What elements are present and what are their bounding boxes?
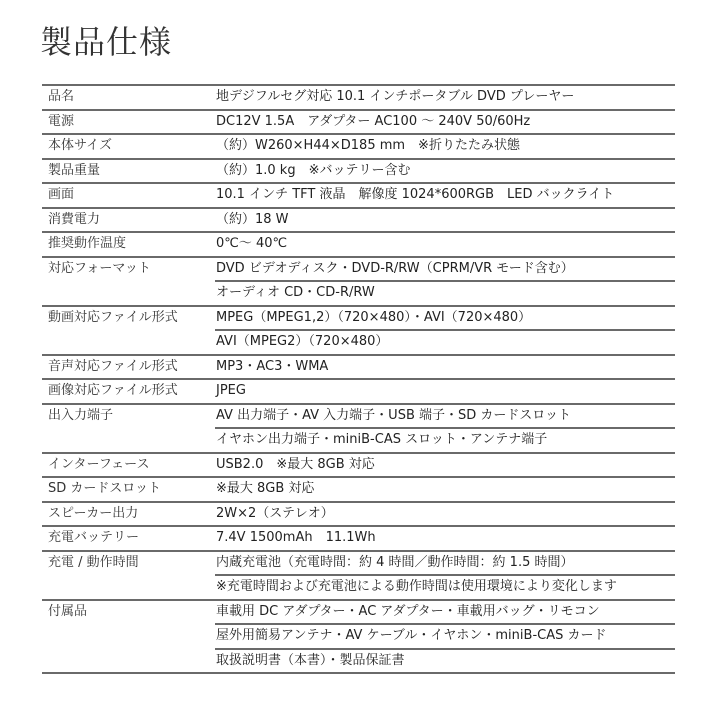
spec-value: オーディオ CD・CD-R/RW — [215, 280, 675, 305]
page-title: 製品仕様 — [40, 20, 172, 64]
spec-row: 品名地デジフルセグ対応 10.1 インチポータブル DVD プレーヤー — [42, 86, 675, 111]
spec-row: 対応フォーマットDVD ビデオディスク・DVD-R/RW（CPRM/VR モード… — [42, 258, 675, 307]
spec-row: スピーカー出力2W×2（ステレオ） — [42, 503, 675, 528]
spec-label: インターフェース — [42, 454, 215, 477]
spec-row: 出入力端子AV 出力端子・AV 入力端子・USB 端子・SD カードスロットイヤ… — [42, 405, 675, 454]
spec-value: 屋外用簡易アンテナ・AV ケーブル・イヤホン・miniB-CAS カード — [215, 623, 675, 648]
spec-label: 推奨動作温度 — [42, 233, 215, 256]
spec-values: （約）18 W — [215, 209, 675, 232]
spec-label: 画像対応ファイル形式 — [42, 380, 215, 403]
spec-label: 画面 — [42, 184, 215, 207]
spec-value: DC12V 1.5A アダプター AC100 ～ 240V 50/60Hz — [215, 111, 675, 134]
spec-row: 電源DC12V 1.5A アダプター AC100 ～ 240V 50/60Hz — [42, 111, 675, 136]
spec-value: JPEG — [215, 380, 675, 403]
spec-value: AV 出力端子・AV 入力端子・USB 端子・SD カードスロット — [215, 405, 675, 428]
spec-values: （約）W260×H44×D185 mm ※折りたたみ状態 — [215, 135, 675, 158]
spec-values: 10.1 インチ TFT 液晶 解像度 1024*600RGB LED バックラ… — [215, 184, 675, 207]
spec-value: 取扱説明書（本書）・製品保証書 — [215, 648, 675, 673]
spec-values: 0℃～ 40℃ — [215, 233, 675, 256]
spec-label: SD カードスロット — [42, 478, 215, 501]
spec-values: 内蔵充電池（充電時間：約 4 時間／動作時間：約 1.5 時間）※充電時間および… — [215, 552, 675, 599]
spec-value: AVI（MPEG2）（720×480） — [215, 329, 675, 354]
spec-value: 2W×2（ステレオ） — [215, 503, 675, 526]
spec-row: 消費電力（約）18 W — [42, 209, 675, 234]
spec-row: 充電バッテリー7.4V 1500mAh 11.1Wh — [42, 527, 675, 552]
spec-label: スピーカー出力 — [42, 503, 215, 526]
spec-value: USB2.0 ※最大 8GB 対応 — [215, 454, 675, 477]
spec-value: （約）W260×H44×D185 mm ※折りたたみ状態 — [215, 135, 675, 158]
spec-value: （約）1.0 kg ※バッテリー含む — [215, 160, 675, 183]
spec-row: 付属品車載用 DC アダプター・AC アダプター・車載用バッグ・リモコン屋外用簡… — [42, 601, 675, 675]
spec-values: 地デジフルセグ対応 10.1 インチポータブル DVD プレーヤー — [215, 86, 675, 109]
spec-value: （約）18 W — [215, 209, 675, 232]
spec-row: 音声対応ファイル形式MP3・AC3・WMA — [42, 356, 675, 381]
spec-row: 充電 / 動作時間内蔵充電池（充電時間：約 4 時間／動作時間：約 1.5 時間… — [42, 552, 675, 601]
spec-values: 2W×2（ステレオ） — [215, 503, 675, 526]
spec-values: ※最大 8GB 対応 — [215, 478, 675, 501]
spec-value: 10.1 インチ TFT 液晶 解像度 1024*600RGB LED バックラ… — [215, 184, 675, 207]
spec-value: ※最大 8GB 対応 — [215, 478, 675, 501]
spec-row: 本体サイズ（約）W260×H44×D185 mm ※折りたたみ状態 — [42, 135, 675, 160]
spec-row: 画面10.1 インチ TFT 液晶 解像度 1024*600RGB LED バッ… — [42, 184, 675, 209]
spec-values: JPEG — [215, 380, 675, 403]
spec-row: SD カードスロット※最大 8GB 対応 — [42, 478, 675, 503]
spec-row: インターフェースUSB2.0 ※最大 8GB 対応 — [42, 454, 675, 479]
spec-label: 動画対応ファイル形式 — [42, 307, 215, 354]
spec-label: 本体サイズ — [42, 135, 215, 158]
spec-label: 消費電力 — [42, 209, 215, 232]
spec-value: MPEG（MPEG1,2）（720×480）・AVI（720×480） — [215, 307, 675, 330]
spec-values: （約）1.0 kg ※バッテリー含む — [215, 160, 675, 183]
spec-value: 地デジフルセグ対応 10.1 インチポータブル DVD プレーヤー — [215, 86, 675, 109]
spec-value: MP3・AC3・WMA — [215, 356, 675, 379]
spec-values: 7.4V 1500mAh 11.1Wh — [215, 527, 675, 550]
spec-values: AV 出力端子・AV 入力端子・USB 端子・SD カードスロットイヤホン出力端… — [215, 405, 675, 452]
spec-values: 車載用 DC アダプター・AC アダプター・車載用バッグ・リモコン屋外用簡易アン… — [215, 601, 675, 673]
spec-value: ※充電時間および充電池による動作時間は使用環境により変化します — [215, 574, 675, 599]
spec-label: 出入力端子 — [42, 405, 215, 452]
spec-value: 0℃～ 40℃ — [215, 233, 675, 256]
spec-values: DC12V 1.5A アダプター AC100 ～ 240V 50/60Hz — [215, 111, 675, 134]
spec-label: 音声対応ファイル形式 — [42, 356, 215, 379]
spec-row: 推奨動作温度0℃～ 40℃ — [42, 233, 675, 258]
spec-values: MP3・AC3・WMA — [215, 356, 675, 379]
spec-value: イヤホン出力端子・miniB-CAS スロット・アンテナ端子 — [215, 427, 675, 452]
spec-label: 付属品 — [42, 601, 215, 673]
spec-table: 品名地デジフルセグ対応 10.1 インチポータブル DVD プレーヤー電源DC1… — [42, 84, 675, 674]
spec-row: 画像対応ファイル形式JPEG — [42, 380, 675, 405]
spec-row: 動画対応ファイル形式MPEG（MPEG1,2）（720×480）・AVI（720… — [42, 307, 675, 356]
spec-values: USB2.0 ※最大 8GB 対応 — [215, 454, 675, 477]
spec-label: 充電 / 動作時間 — [42, 552, 215, 599]
spec-label: 電源 — [42, 111, 215, 134]
spec-value: 内蔵充電池（充電時間：約 4 時間／動作時間：約 1.5 時間） — [215, 552, 675, 575]
spec-label: 製品重量 — [42, 160, 215, 183]
spec-value: 7.4V 1500mAh 11.1Wh — [215, 527, 675, 550]
spec-label: 充電バッテリー — [42, 527, 215, 550]
spec-values: MPEG（MPEG1,2）（720×480）・AVI（720×480）AVI（M… — [215, 307, 675, 354]
spec-row: 製品重量（約）1.0 kg ※バッテリー含む — [42, 160, 675, 185]
spec-label: 対応フォーマット — [42, 258, 215, 305]
spec-value: DVD ビデオディスク・DVD-R/RW（CPRM/VR モード含む） — [215, 258, 675, 281]
spec-value: 車載用 DC アダプター・AC アダプター・車載用バッグ・リモコン — [215, 601, 675, 624]
spec-values: DVD ビデオディスク・DVD-R/RW（CPRM/VR モード含む）オーディオ… — [215, 258, 675, 305]
spec-label: 品名 — [42, 86, 215, 109]
